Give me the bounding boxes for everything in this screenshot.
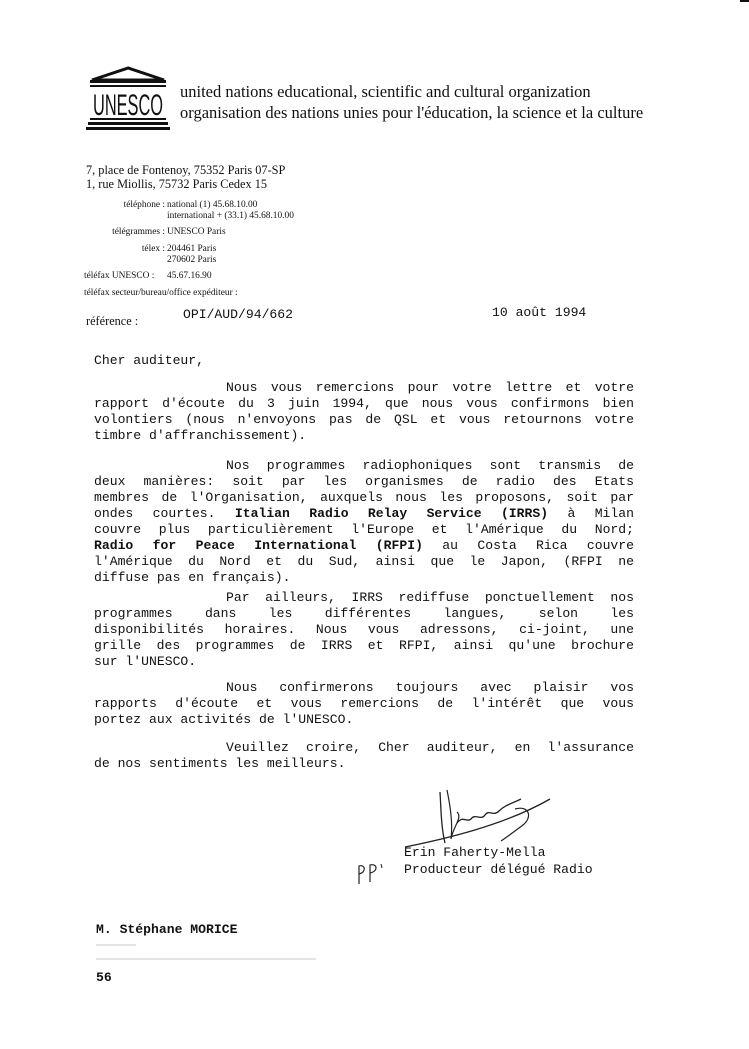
paragraph-line: deux manières: soit par les organismes d… xyxy=(94,474,634,490)
reference-value: OPI/AUD/94/662 xyxy=(183,307,293,322)
recipient-name: M. Stéphane MORICE xyxy=(96,922,237,937)
address-line-2: 1, rue Miollis, 75732 Paris Cedex 15 xyxy=(86,177,267,192)
svg-text:UNESCO: UNESCO xyxy=(93,89,163,122)
paragraph-3: Par ailleurs, IRRS rediffuse ponctuellem… xyxy=(94,590,634,670)
telex-value-1: 204461 Paris xyxy=(167,244,216,254)
paragraph-line: ondes courtes. Italian Radio Relay Servi… xyxy=(94,506,634,522)
unesco-logo-icon: UNESCO xyxy=(86,66,170,132)
paragraph-line: rapport d'écoute du 3 juin 1994, que nou… xyxy=(94,396,634,412)
signer-title: Producteur délégué Radio xyxy=(404,862,593,877)
signer-name: Erin Faherty-Mella xyxy=(404,845,545,860)
telephone-international: international + (33.1) 45.68.10.00 xyxy=(167,211,294,221)
paragraph-line: Nous vous remercions pour votre lettre e… xyxy=(94,380,634,396)
text-fragment: à Milan xyxy=(548,506,634,521)
paragraph-line: rapports d'écoute et vous remercions de … xyxy=(94,696,634,712)
telegrammes-value: UNESCO Paris xyxy=(167,227,226,237)
paragraph-line: volontiers (nous n'envoyons pas de QSL e… xyxy=(94,412,634,428)
paragraph-2: Nos programmes radiophoniques sont trans… xyxy=(94,458,634,586)
page-number: 56 xyxy=(96,970,112,985)
paragraph-line: grille des programmes de IRRS et RFPI, a… xyxy=(94,638,634,654)
telefax-value: 45.67.16.90 xyxy=(167,271,212,281)
paragraph-line: sur l'UNESCO. xyxy=(94,654,634,670)
pp-initials-icon xyxy=(355,862,385,886)
paragraph-5: Veuillez croire, Cher auditeur, en l'ass… xyxy=(94,740,634,772)
paragraph-line: membres de l'Organisation, auxquels nous… xyxy=(94,490,634,506)
reference-label: référence : xyxy=(86,314,138,329)
telefax-sector-label: téléfax secteur/bureau/office expéditeur… xyxy=(84,288,238,298)
text-fragment: au Costa Rica couvre xyxy=(423,538,634,553)
rfpi-name: Radio for Peace International (RFPI) xyxy=(94,538,423,553)
paragraph-line: Nous confirmerons toujours avec plaisir … xyxy=(94,680,634,696)
address-line-1: 7, place de Fontenoy, 75352 Paris 07-SP xyxy=(86,163,285,178)
telephone-label: téléphone : xyxy=(0,200,165,210)
salutation: Cher auditeur, xyxy=(94,353,204,368)
org-name-fr: organisation des nations unies pour l'éd… xyxy=(180,103,643,123)
telex-value-2: 270602 Paris xyxy=(167,255,216,265)
paragraph-line: de nos sentiments les meilleurs. xyxy=(94,756,634,772)
letter-date: 10 août 1994 xyxy=(492,305,586,320)
paragraph-line: l'Amérique du Nord et du Sud, ainsi que … xyxy=(94,554,634,570)
telegrammes-label: télégrammes : xyxy=(0,227,165,237)
signer-block: Erin Faherty-Mella Producteur délégué Ra… xyxy=(404,844,593,878)
paragraph-line: Par ailleurs, IRRS rediffuse ponctuellem… xyxy=(94,590,634,606)
irrs-name: Italian Radio Relay Service (IRRS) xyxy=(235,506,548,521)
telex-label: télex : xyxy=(0,244,165,254)
paragraph-line: portez aux activités de l'UNESCO. xyxy=(94,712,634,728)
paragraph-line: diffuse pas en français). xyxy=(94,570,634,586)
paragraph-4: Nous confirmerons toujours avec plaisir … xyxy=(94,680,634,728)
paragraph-line: timbre d'affranchissement). xyxy=(94,428,634,444)
redacted-line xyxy=(96,944,136,946)
telephone-national: national (1) 45.68.10.00 xyxy=(167,200,257,210)
corner-mark xyxy=(740,0,749,2)
paragraph-line: disponibilités horaires. Nous vous adres… xyxy=(94,622,634,638)
paragraph-line: Veuillez croire, Cher auditeur, en l'ass… xyxy=(94,740,634,756)
telefax-label: téléfax UNESCO : xyxy=(84,271,154,281)
paragraph-line: Radio for Peace International (RFPI) au … xyxy=(94,538,634,554)
text-fragment: ondes courtes. xyxy=(94,506,235,521)
handwritten-signature-icon xyxy=(395,787,555,852)
paragraph-1: Nous vous remercions pour votre lettre e… xyxy=(94,380,634,444)
paragraph-line: Nos programmes radiophoniques sont trans… xyxy=(94,458,634,474)
org-name-en: united nations educational, scientific a… xyxy=(180,82,591,102)
redacted-line xyxy=(96,958,316,960)
paragraph-line: couvre plus particulièrement l'Europe et… xyxy=(94,522,634,538)
paragraph-line: programmes dans les différentes langues,… xyxy=(94,606,634,622)
